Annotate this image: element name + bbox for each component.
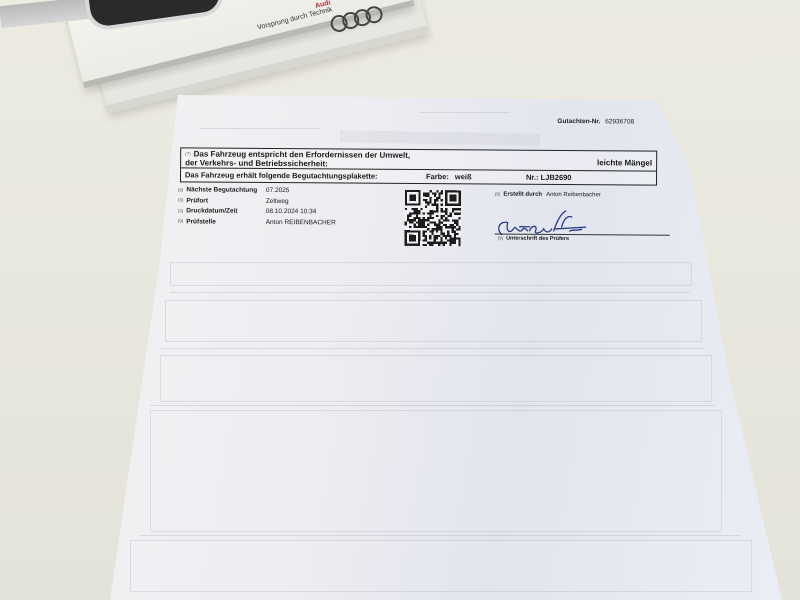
footnote-marker: (8): [178, 187, 184, 192]
statement-line2: der Verkehrs- und Betriebssicherheit:: [185, 159, 328, 169]
signature-label-text: Unterschrift des Prüfers: [506, 236, 569, 242]
color-label: Farbe:: [426, 172, 449, 181]
created-by-label: Erstellt durch: [503, 192, 542, 198]
plakette-statement: Das Fahrzeug erhält folgende Begutachtun…: [185, 170, 378, 180]
gutachten-value: 62936708: [605, 118, 634, 125]
qr-code-icon: [403, 190, 463, 246]
plakette-color: Farbe:weiß: [426, 172, 472, 181]
plakette-number-value: LJB2690: [541, 173, 572, 182]
inspection-result-box: (7)Das Fahrzeug entspricht den Erfordern…: [180, 147, 657, 185]
gutachten-number: Gutachten-Nr. 62936708: [557, 118, 634, 126]
footnote-marker: (9): [495, 192, 501, 197]
conformity-row: (7)Das Fahrzeug entspricht den Erfordern…: [181, 148, 656, 171]
created-by: (9)Erstellt durchAnton Reibenbacher: [495, 192, 601, 199]
detail-value: 07.2025: [266, 187, 290, 194]
conformity-statement: (7)Das Fahrzeug entspricht den Erfordern…: [185, 149, 410, 169]
gutachten-label: Gutachten-Nr.: [557, 118, 600, 125]
plakette-number: Nr.: LJB2690: [526, 173, 572, 182]
footnote-marker: (9): [498, 236, 504, 241]
report-content: Gutachten-Nr. 62936708 (7)Das Fahrzeug e…: [0, 0, 800, 600]
detail-value: Zeltweg: [266, 197, 289, 204]
detail-label: Druckdatum/Zeit: [186, 207, 237, 214]
footnote-marker: (7): [185, 152, 191, 157]
signature-label: (9)Unterschrift des Prüfers: [498, 236, 570, 242]
footnote-marker: (9): [178, 219, 184, 224]
detail-value: Anton REIBENBACHER: [266, 218, 336, 225]
detail-value: 08.10.2024 10:34: [266, 208, 317, 215]
defect-level: leichte Mängel: [597, 158, 652, 167]
color-value: weiß: [455, 172, 472, 181]
detail-label: Prüfstelle: [186, 218, 216, 225]
footnote-marker: (3): [178, 198, 184, 203]
created-by-value: Anton Reibenbacher: [546, 192, 601, 198]
plakette-number-label: Nr.:: [526, 173, 539, 182]
footnote-marker: (3): [178, 208, 184, 213]
detail-label: Prüfort: [186, 197, 208, 204]
detail-label: Nächste Begutachtung: [186, 186, 257, 193]
